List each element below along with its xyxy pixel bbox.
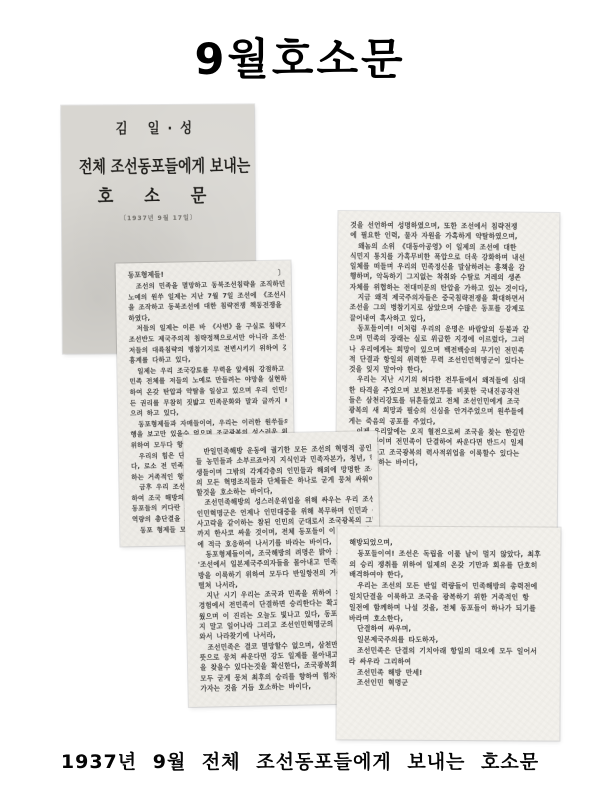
text-line: 해방되었으며, <box>349 537 552 549</box>
heading-bracket: 〕 <box>278 268 285 279</box>
cover-date-note: 〔1937년 9월 17일〕 <box>62 212 255 222</box>
cover-author: 김 일·성 <box>73 117 243 138</box>
text-line: 것을 확신하는 바이다, <box>348 457 547 469</box>
page-lines: 해방되었으며, 동포들이여! 조선은 독립을 이룰 날이 멀지 않았다, 최후의… <box>349 537 553 689</box>
cover-subtitle: 호 소 문 <box>71 181 245 208</box>
text-line: 라 싸우라 그리하여 <box>349 656 552 668</box>
text-line: 동포들이여! 조선은 독립을 이룰 날이 멀지 않았다, 최후 <box>349 548 552 560</box>
text-line: 조선인민 혁명군 <box>349 678 552 690</box>
cover-title-line: 전체 조선동포들에게 보내는 <box>79 151 237 177</box>
bottom-caption: 1937년 9월 전체 조선동포들에게 보내는 호소문 <box>0 747 600 774</box>
scanned-document-collage: 9월호소문 김 일·성 전체 조선동포들에게 보내는 호 소 문 〔1937년 … <box>0 0 600 787</box>
page-text-block: 것을 선언하여 성명하였으며, 또한 조선에서 침략전쟁에 필요한 인력, 물자… <box>348 220 549 469</box>
page-text-block: 해방되었으며, 동포들이여! 조선은 독립을 이룰 날이 멀지 않았다, 최후의… <box>349 537 553 689</box>
page-lines: 것을 선언하여 성명하였으며, 또한 조선에서 침략전쟁에 필요한 인력, 물자… <box>348 220 549 469</box>
text-line: 일치단결을 이룩하고 조국을 광복하기 위한 거족적인 항 <box>349 591 552 603</box>
appeal-page-bottom-right: 해방되었으며, 동포들이여! 조선은 독립을 이룰 날이 멀지 않았다, 최후의… <box>336 526 560 740</box>
page-title: 9월호소문 <box>0 26 600 87</box>
text-line: 일전에 함께하며 나설 것을, 전체 동포들이 하나가 되기를 <box>349 602 552 614</box>
text-line: 조선민족은 단결의 기치아래 항일의 대오에 모두 일어서 <box>349 645 552 657</box>
page-heading: 동포형제들! <box>128 270 164 282</box>
